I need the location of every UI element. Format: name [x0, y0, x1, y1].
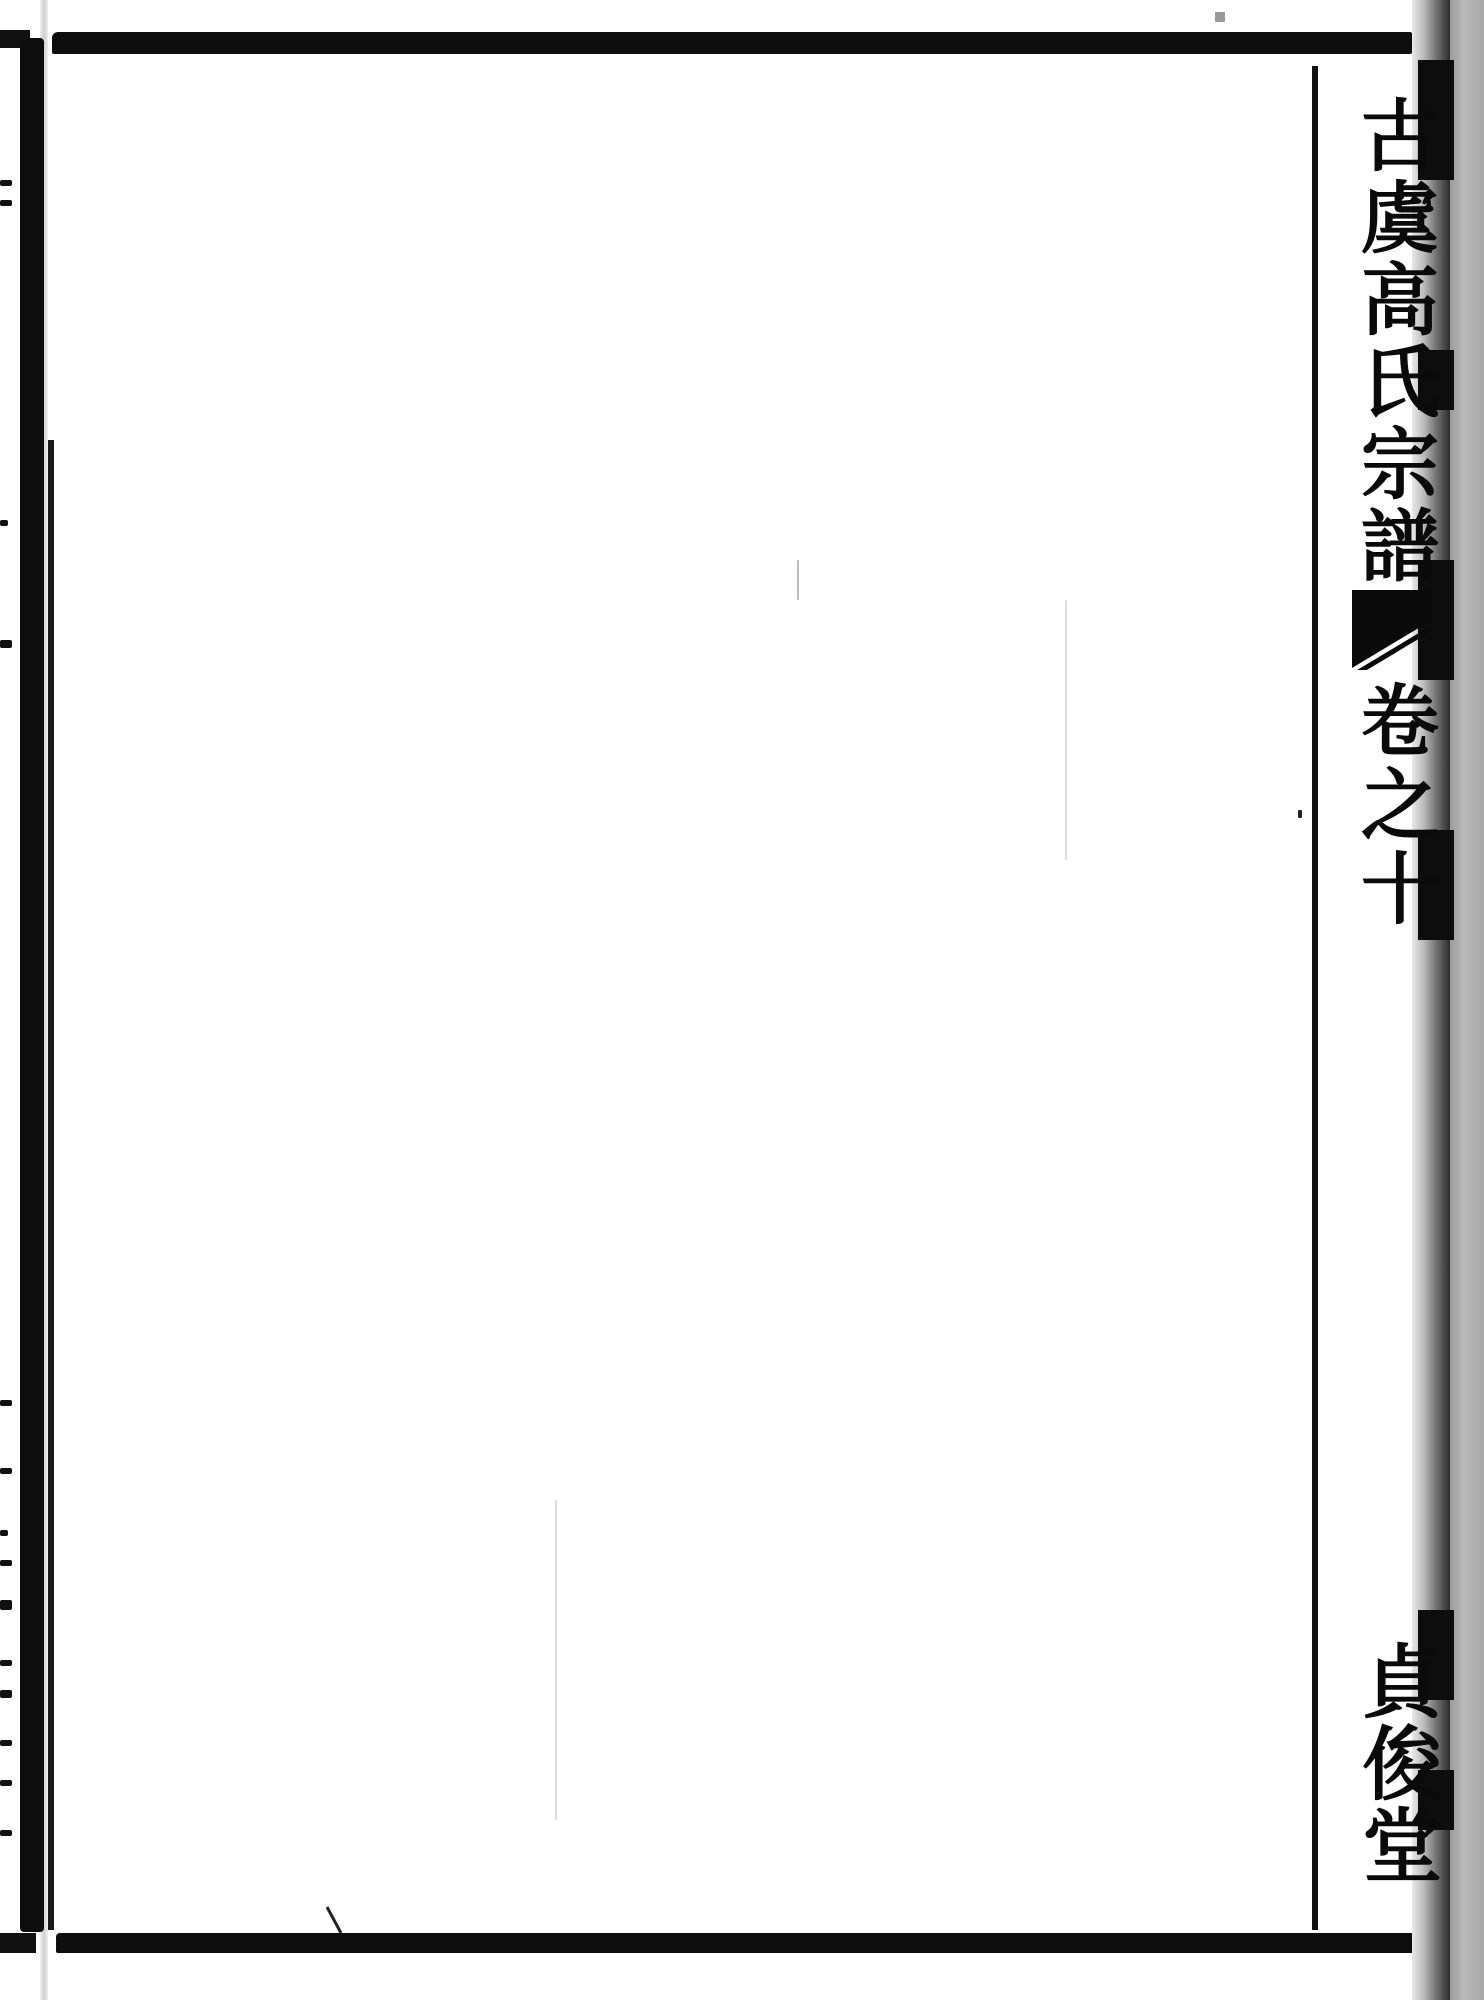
fold-column-line	[1312, 66, 1318, 1930]
speck	[1215, 12, 1225, 22]
frame-left-inner-line	[48, 440, 54, 1930]
frame-bottom-border	[56, 1933, 1414, 1953]
fold-book-title: 古虞高氏宗譜	[1348, 95, 1438, 587]
scanned-page: 古虞高氏宗譜 卷之十 貞俊堂	[0, 0, 1484, 2000]
speck	[797, 560, 799, 600]
blank-text-area	[60, 58, 1308, 1930]
book-spine-edge	[1450, 0, 1484, 2000]
speck	[1298, 810, 1302, 818]
fold-hall-name: 貞俊堂	[1350, 1640, 1440, 1886]
ink-stroke-mark	[325, 1905, 345, 1935]
previous-page-bottom-border	[0, 1933, 36, 1953]
speck	[1065, 600, 1067, 860]
previous-page-character-fragments	[0, 0, 18, 2000]
frame-top-border	[52, 32, 1412, 54]
frame-left-border	[20, 38, 44, 1932]
fold-volume-number: 卷之十	[1348, 680, 1438, 932]
speck	[555, 1500, 557, 1820]
fishtail-icon	[1352, 590, 1432, 670]
